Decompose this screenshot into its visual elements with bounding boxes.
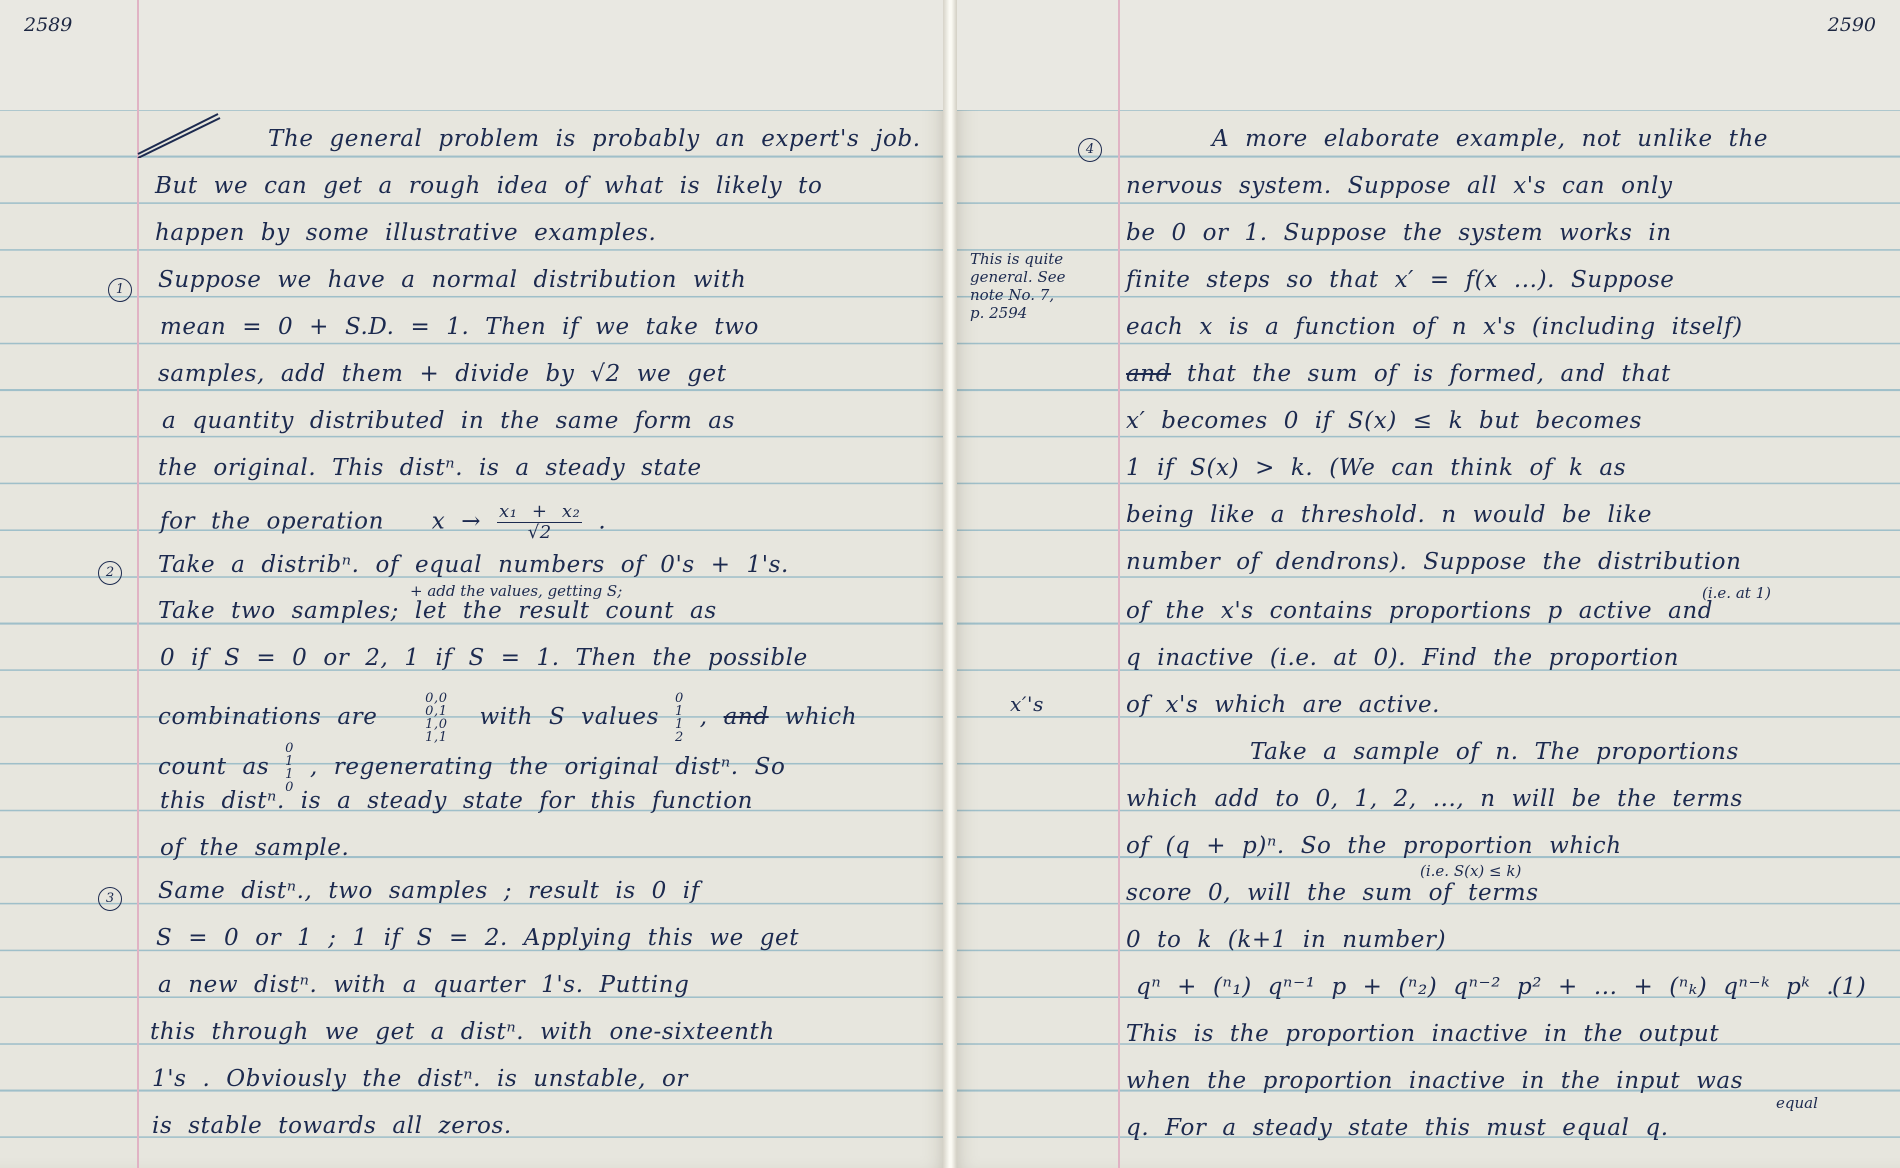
text-line: Suppose we have a normal distribution wi… <box>158 267 746 293</box>
text-line: of the sample. <box>160 835 349 861</box>
text-line: being like a threshold. n would be like <box>1126 502 1652 528</box>
combinations-stack: 0,0 0,1 1,0 1,1 <box>425 692 447 744</box>
text-line: samples, add them + divide by √2 we get <box>158 361 727 387</box>
notebook-spread: 2589 The general problem is probably an … <box>0 0 1900 1168</box>
text-line: is stable towards all zeros. <box>152 1113 512 1139</box>
text-line: The general problem is probably an exper… <box>268 126 921 152</box>
text-line: of (q + p)ⁿ. So the proportion which <box>1126 833 1622 859</box>
text-line: number of dendrons). Suppose the distrib… <box>1126 549 1742 575</box>
book-gutter <box>943 0 957 1168</box>
text-line: 0 if S = 0 or 2, 1 if S = 1. Then the po… <box>160 645 808 671</box>
struck-word: and <box>724 704 769 730</box>
fraction-denominator: √2 <box>497 523 582 543</box>
text-line: this through we get a distⁿ. with one-si… <box>150 1019 775 1045</box>
text-line: 1 if S(x) > k. (We can think of k as <box>1126 455 1626 481</box>
operation-label: for the operation <box>160 509 384 535</box>
left-page: 2589 The general problem is probably an … <box>0 0 950 1168</box>
example-number-badge: 1 <box>108 278 132 302</box>
page-number: 2590 <box>1828 14 1876 36</box>
count-line: count as 0 1 1 0 , regenerating the orig… <box>158 742 785 794</box>
right-page: 2590 4 This is quite general. See note N… <box>950 0 1900 1168</box>
page-number: 2589 <box>24 14 72 36</box>
text-line: each x is a function of n x's (including… <box>1126 314 1743 340</box>
text-line: Take a sample of n. The proportions <box>1250 739 1739 765</box>
text-line: this distⁿ. is a steady state for this f… <box>160 788 753 814</box>
text-line: of the x's contains proportions p active… <box>1126 598 1713 624</box>
margin-line <box>1118 0 1120 1168</box>
text-line: which add to 0, 1, 2, ..., n will be the… <box>1126 786 1743 812</box>
text-line: finite steps so that x′ = f(x ...). Supp… <box>1126 267 1674 293</box>
example-number-badge: 4 <box>1078 138 1102 162</box>
text-fragment: which <box>785 704 858 730</box>
s-values-label: with S values <box>479 704 659 730</box>
text-line: and that the sum of is formed, and that <box>1126 361 1671 387</box>
text-line: x′ becomes 0 if S(x) ≤ k but becomes <box>1126 408 1642 434</box>
interlinear-insert: equal <box>1776 1094 1818 1112</box>
text-line: q inactive (i.e. at 0). Find the proport… <box>1126 645 1679 671</box>
text-fragment: , regenerating the original distⁿ. So <box>310 754 785 780</box>
double-slash-paragraph-mark-icon <box>136 112 222 158</box>
text-line: a quantity distributed in the same form … <box>162 408 735 434</box>
equation-label: (1) <box>1832 974 1866 1000</box>
margin-annotation: x′'s <box>1010 692 1044 716</box>
struck-word: and <box>1126 361 1171 387</box>
text-line: score 0, will the sum of terms <box>1126 880 1539 906</box>
example-number-badge: 2 <box>98 561 122 585</box>
text-line: nervous system. Suppose all x's can only <box>1126 173 1673 199</box>
text-line: be 0 or 1. Suppose the system works in <box>1126 220 1672 246</box>
combinations-label: combinations are <box>158 704 377 730</box>
text-line: when the proportion inactive in the inpu… <box>1126 1068 1743 1094</box>
text-line: This is the proportion inactive in the o… <box>1126 1021 1719 1047</box>
text-line: Take a distribⁿ. of equal numbers of 0's… <box>158 552 789 578</box>
combinations-line: combinations are 0,0 0,1 1,0 1,1 with S … <box>158 692 857 744</box>
margin-line <box>137 0 139 1168</box>
text-line: 1's . Obviously the distⁿ. is unstable, … <box>152 1066 688 1092</box>
formula-lhs: x → <box>432 509 481 535</box>
operation-line: for the operation x → x₁ + x₂ √2 . <box>160 502 606 543</box>
margin-side-note: This is quite general. See note No. 7, p… <box>970 250 1066 322</box>
s-values-stack: 0 1 1 2 <box>675 692 684 744</box>
text-line: mean = 0 + S.D. = 1. Then if we take two <box>160 314 759 340</box>
text-line: Take two samples; let the result count a… <box>158 598 717 624</box>
operation-fraction: x₁ + x₂ √2 <box>497 502 582 543</box>
count-label: count as <box>158 754 269 780</box>
text-line: a new distⁿ. with a quarter 1's. Putting <box>158 972 689 998</box>
counts-stack: 0 1 1 0 <box>285 742 294 794</box>
text-fragment: that the sum of is formed, and that <box>1187 361 1671 387</box>
equation-line: qⁿ + (ⁿ₁) qⁿ⁻¹ p + (ⁿ₂) qⁿ⁻² p² + ... + … <box>1136 974 1834 1000</box>
text-line: happen by some illustrative examples. <box>155 220 656 246</box>
text-line: of x's which are active. <box>1126 692 1440 718</box>
text-line: q. For a steady state this must equal q. <box>1126 1115 1669 1141</box>
text-line: A more elaborate example, not unlike the <box>1212 126 1768 152</box>
text-line: S = 0 or 1 ; 1 if S = 2. Applying this w… <box>156 925 799 951</box>
text-line: Same distⁿ., two samples ; result is 0 i… <box>158 878 700 904</box>
fraction-numerator: x₁ + x₂ <box>497 502 582 523</box>
text-line: But we can get a rough idea of what is l… <box>155 173 822 199</box>
example-number-badge: 3 <box>98 887 122 911</box>
text-line: 0 to k (k+1 in number) <box>1126 927 1446 953</box>
text-line: the original. This distⁿ. is a steady st… <box>158 455 702 481</box>
interlinear-insert: (i.e. S(x) ≤ k) <box>1420 862 1521 880</box>
text-fragment: score 0, will the sum of terms <box>1126 880 1539 906</box>
